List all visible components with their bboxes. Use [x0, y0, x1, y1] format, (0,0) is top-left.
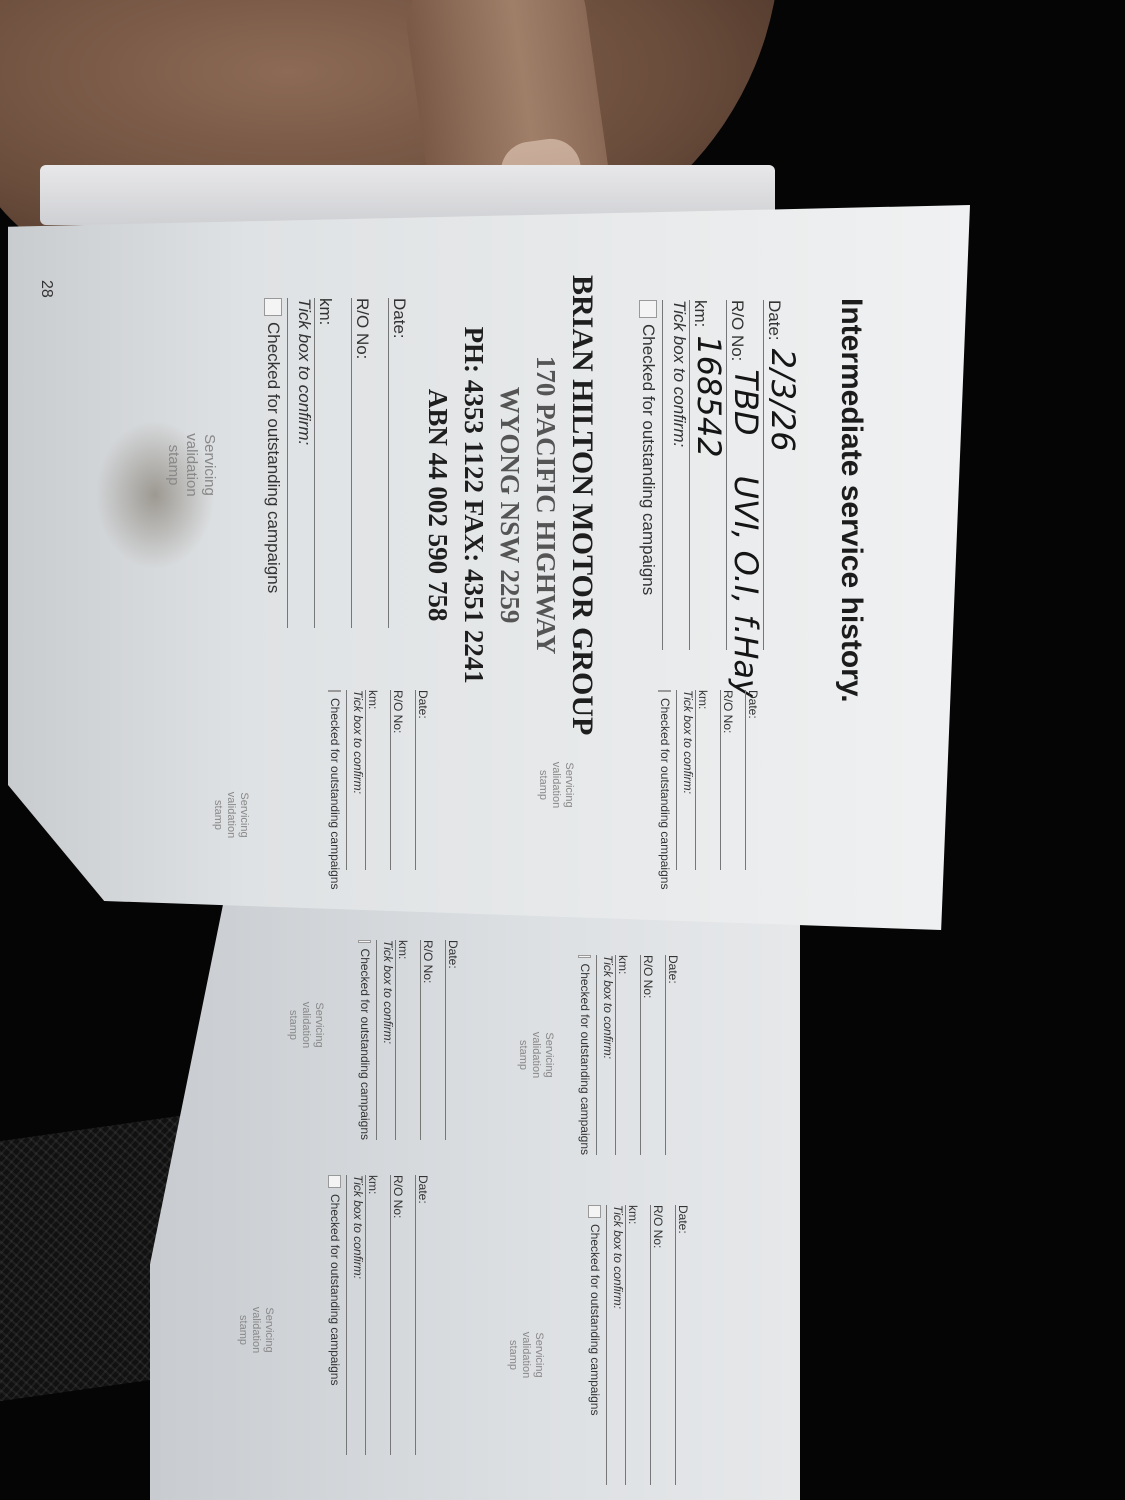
dealer-phone: PH: 4353 1122 FAX: 4351 2241 [456, 275, 492, 735]
campaigns-checkbox-row[interactable]: Checked for outstanding campaigns [328, 690, 347, 870]
stamp-area: Servicingvalidationstamp [516, 1020, 555, 1090]
page-title: Intermediate service history. [834, 298, 868, 703]
km-field[interactable]: km: [314, 298, 351, 628]
campaigns-checkbox-row[interactable]: Checked for outstanding campaigns [358, 940, 377, 1140]
checkbox[interactable] [659, 690, 672, 692]
date-field[interactable]: Date: [415, 690, 440, 870]
km-field[interactable]: km: [395, 940, 420, 1140]
campaigns-checkbox-row[interactable]: Checked for outstanding campaigns [658, 690, 677, 870]
service-entry-lower-right: Date: R/O No: km: Tick box to confirm: C… [588, 1205, 700, 1485]
km-field[interactable]: km: [365, 1175, 390, 1455]
date-field[interactable]: Date: [665, 955, 690, 1155]
tick-instruction: Tick box to confirm: [677, 690, 695, 870]
ro-number-field[interactable]: R/O No: [420, 940, 445, 1140]
tick-instruction: Tick box to confirm: [377, 940, 395, 1140]
stamp-area: Servicingvalidationstamp [164, 420, 218, 510]
stamp-area: Servicingvalidationstamp [536, 750, 575, 820]
service-entry-lower-left: Date: R/O No: km: Tick box to confirm: C… [328, 1175, 440, 1455]
service-entry-2: Date: R/O No: km: Tick box to confirm: C… [263, 298, 425, 628]
ro-number-field[interactable]: R/O No: [390, 690, 415, 870]
date-field[interactable]: Date: 2/3/26 [763, 300, 800, 650]
dealer-address-line1: 170 PACIFIC HIGHWAY [528, 275, 564, 735]
km-field[interactable]: km: [625, 1205, 650, 1485]
campaigns-checkbox-row[interactable]: Checked for outstanding campaigns [578, 955, 597, 1155]
ro-number-field[interactable]: R/O No: [650, 1205, 675, 1485]
checkbox[interactable] [359, 940, 372, 943]
date-field[interactable]: Date: [675, 1205, 700, 1485]
ro-number-field[interactable]: R/O No: [351, 298, 388, 628]
ro-number-field[interactable]: R/O No: [640, 955, 665, 1155]
stamp-area: Servicingvalidationstamp [506, 1320, 545, 1390]
ro-number-field[interactable]: R/O No: [390, 1175, 415, 1455]
km-field[interactable]: km: [365, 690, 390, 870]
tick-instruction: Tick box to confirm: [663, 300, 689, 650]
checkbox[interactable] [589, 1205, 602, 1218]
service-entry-lower-top-left: Date: R/O No: km: Tick box to confirm: C… [358, 940, 470, 1140]
date-value: 2/3/26 [764, 349, 802, 452]
date-field[interactable]: Date: [388, 298, 425, 628]
date-field[interactable]: Date: [445, 940, 470, 1140]
campaigns-checkbox-row[interactable]: Checked for outstanding campaigns [588, 1205, 607, 1485]
dealer-name: BRIAN HILTON MOTOR GROUP [564, 275, 600, 735]
km-field[interactable]: km: [615, 955, 640, 1155]
page-number: 28 [37, 280, 55, 298]
date-field[interactable]: Date: [745, 690, 770, 870]
service-entry-3: Date: R/O No: km: Tick box to confirm: C… [658, 690, 770, 870]
date-field[interactable]: Date: [415, 1175, 440, 1455]
campaigns-checkbox-row[interactable]: Checked for outstanding campaigns [638, 300, 663, 650]
service-entry-lower-top-right: Date: R/O No: km: Tick box to confirm: C… [578, 955, 690, 1155]
checkbox[interactable] [579, 955, 592, 958]
tick-instruction: Tick box to confirm: [607, 1205, 625, 1485]
stamp-area: Servicingvalidationstamp [236, 1295, 275, 1365]
tick-instruction: Tick box to confirm: [597, 955, 615, 1155]
checkbox[interactable] [329, 1175, 342, 1188]
dealer-abn: ABN 44 002 590 758 [420, 275, 456, 735]
tick-instruction: Tick box to confirm: [347, 690, 365, 870]
checkbox[interactable] [639, 300, 657, 318]
tick-instruction: Tick box to confirm: [288, 298, 314, 628]
km-value: 168542 [690, 335, 728, 457]
km-field[interactable]: km: 168542 [689, 300, 726, 650]
checkbox[interactable] [264, 298, 282, 316]
stamp-area: Servicingvalidationstamp [211, 780, 250, 850]
service-entry-1: Date: 2/3/26 R/O No: TBD UVI, O.I, f.Hay… [638, 300, 800, 650]
checkbox[interactable] [329, 690, 342, 692]
ro-number-value: TBD [727, 369, 765, 435]
dealer-address-line2: WYONG NSW 2259 [492, 275, 528, 735]
ro-number-field[interactable]: R/O No: [720, 690, 745, 870]
dealer-stamp: BRIAN HILTON MOTOR GROUP 170 PACIFIC HIG… [420, 275, 600, 735]
km-field[interactable]: km: [695, 690, 720, 870]
service-entry-4: Date: R/O No: km: Tick box to confirm: C… [328, 690, 440, 870]
ro-number-field[interactable]: R/O No: TBD UVI, O.I, f.Hay [726, 300, 763, 650]
stamp-area: Servicingvalidationstamp [286, 990, 325, 1060]
tick-instruction: Tick box to confirm: [347, 1175, 365, 1455]
campaigns-checkbox-row[interactable]: Checked for outstanding campaigns [328, 1175, 347, 1455]
campaigns-checkbox-row[interactable]: Checked for outstanding campaigns [263, 298, 288, 628]
ro-note-value: UVI, O.I, f.Hay [727, 476, 765, 698]
lower-page [150, 880, 800, 1500]
